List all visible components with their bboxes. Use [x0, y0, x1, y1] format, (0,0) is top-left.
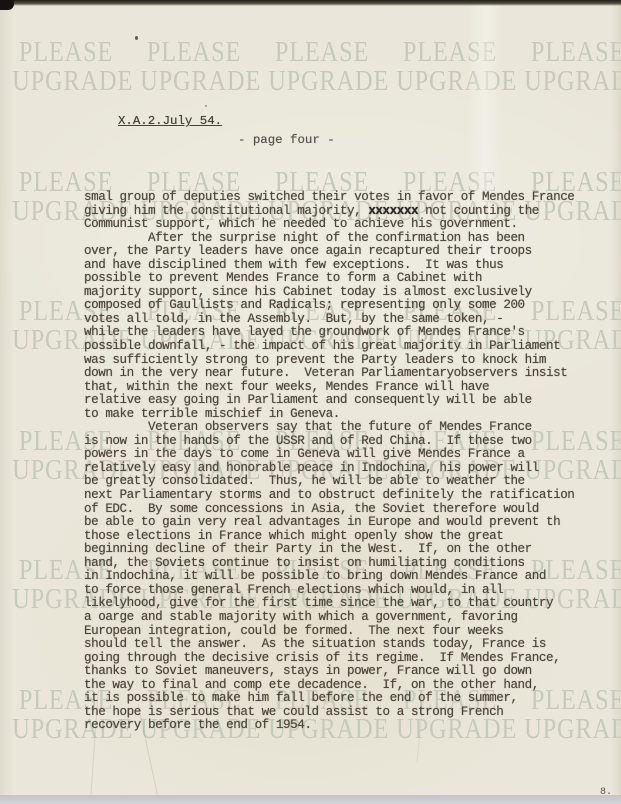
watermark-upgrade-text: UPGRADE: [524, 67, 621, 96]
watermark-please-text: PLEASE: [140, 38, 248, 67]
body-line: recovery before the end of 1954.: [84, 719, 619, 733]
body-line: beginning decline of their Party in the …: [84, 543, 619, 557]
body-line: Communist support, which he needed to ac…: [84, 218, 619, 232]
body-line: thanks to Soviet maneuvers, stays in pow…: [84, 665, 619, 679]
watermark-row: PLEASEUPGRADEPLEASEUPGRADEPLEASEUPGRADEP…: [2, 38, 621, 96]
scanned-document-page: PLEASEUPGRADEPLEASEUPGRADEPLEASEUPGRADEP…: [0, 0, 621, 804]
body-line: it is possible to make him fall before t…: [84, 692, 619, 706]
watermark-cell: PLEASEUPGRADE: [130, 38, 258, 96]
ink-speck: [135, 36, 138, 40]
watermark-please-text: PLEASE: [524, 38, 621, 67]
watermark-cell: PLEASEUPGRADE: [258, 38, 386, 96]
watermark-cell: PLEASEUPGRADE: [514, 38, 621, 96]
watermark-please-text: PLEASE: [268, 38, 376, 67]
body-line: next Parliamentary storms and to obstruc…: [84, 489, 619, 503]
body-line: powers in the days to come in Geneva wil…: [84, 448, 619, 462]
watermark-cell: PLEASEUPGRADE: [2, 38, 130, 96]
watermark-upgrade-text: UPGRADE: [140, 67, 248, 96]
body-line: down in the very near future. Veteran Pa…: [84, 367, 619, 381]
body-line: composed of Gaullists and Radicals; repr…: [84, 299, 619, 313]
body-line: likelyhood, give for the first time sinc…: [84, 597, 619, 611]
page-heading: - page four -: [238, 133, 335, 147]
body-line: over, the Party leaders have once again …: [84, 245, 619, 259]
body-line: in Indochina, it will be possible to bri…: [84, 570, 619, 584]
body-line: Veteran observers say that the future of…: [84, 421, 619, 435]
typewritten-body: smal group of deputies switched their vo…: [84, 191, 619, 733]
body-line: smal group of deputies switched their vo…: [84, 191, 619, 205]
paper: PLEASEUPGRADEPLEASEUPGRADEPLEASEUPGRADEP…: [0, 3, 621, 795]
overstrike-text: xxxxxxx: [368, 204, 418, 218]
watermark-upgrade-text: UPGRADE: [268, 67, 376, 96]
document-reference: X.A.2.July 54.: [118, 114, 222, 128]
body-line: relative easy going in Parliament and co…: [84, 394, 619, 408]
body-line: while the leaders have layed the groundw…: [84, 326, 619, 340]
body-line: be able to gain very real advantages in …: [84, 516, 619, 530]
body-line: European integration, could be formed. T…: [84, 625, 619, 639]
body-line: be greatly consolidated. Thus, he will b…: [84, 475, 619, 489]
scan-top-edge: [0, 0, 621, 6]
body-line: possible to prevent Mendes France to for…: [84, 272, 619, 286]
watermark-please-text: PLEASE: [12, 38, 120, 67]
body-line: possible downfall, - the impact of his g…: [84, 340, 619, 354]
body-line: should tell the answer. As the situation…: [84, 638, 619, 652]
ink-speck: [205, 105, 207, 107]
body-line: a oarge and stable majority with which a…: [84, 611, 619, 625]
watermark-upgrade-text: UPGRADE: [12, 67, 120, 96]
scan-bottom-edge: [0, 795, 621, 804]
scan-corner-shadow: [0, 0, 14, 10]
